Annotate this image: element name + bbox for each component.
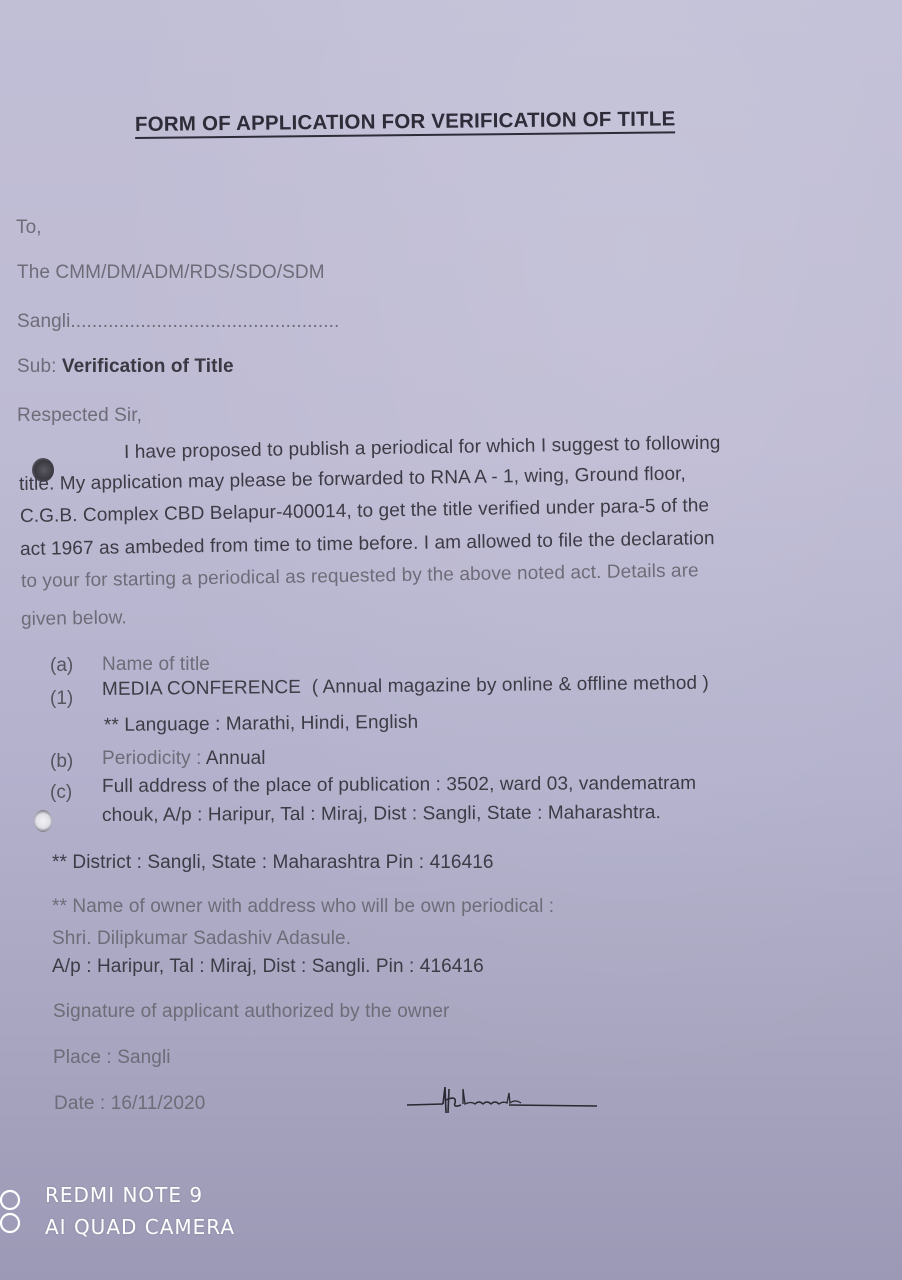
body-line-3: C.G.B. Complex CBD Belapur-400014, to ge… xyxy=(20,495,709,528)
detail-address-line-2: chouk, A/p : Haripur, Tal : Miraj, Dist … xyxy=(102,802,661,827)
district-line: ** District : Sangli, State : Maharashtr… xyxy=(52,852,494,874)
place-line: Place : Sangli xyxy=(53,1047,171,1069)
salutation: Respected Sir, xyxy=(17,405,142,427)
detail-language: ** Language : Marathi, Hindi, English xyxy=(104,712,418,737)
camera-watermark-line2: AI QUAD CAMERA xyxy=(45,1215,235,1239)
detail-name-of-title: Name of title xyxy=(102,654,210,676)
date-line: Date : 16/11/2020 xyxy=(54,1093,205,1115)
signature-label: Signature of applicant authorized by the… xyxy=(53,1001,449,1023)
camera-watermark-line1: REDMI NOTE 9 xyxy=(45,1183,203,1207)
owner-heading: ** Name of owner with address who will b… xyxy=(52,896,554,918)
subject-label: Sub: xyxy=(17,356,57,377)
body-line-4: act 1967 as ambeded from time to time be… xyxy=(20,528,715,561)
camera-logo-icon xyxy=(0,1187,26,1237)
detail-marker-c: (c) xyxy=(50,782,72,804)
detail-periodicity: Periodicity : Annual xyxy=(102,748,266,770)
owner-address: A/p : Haripur, Tal : Miraj, Dist : Sangl… xyxy=(52,956,484,978)
page-title: FORM OF APPLICATION FOR VERIFICATION OF … xyxy=(135,107,676,139)
addressee-office: The CMM/DM/ADM/RDS/SDO/SDM xyxy=(17,262,325,284)
title-name: MEDIA CONFERENCE xyxy=(102,677,301,700)
punch-hole-icon xyxy=(34,810,52,832)
detail-marker-a: (a) xyxy=(50,655,73,677)
addressee-to: To, xyxy=(16,217,42,239)
subject-text: Verification of Title xyxy=(62,356,234,377)
detail-marker-b: (b) xyxy=(50,751,73,773)
periodicity-label: Periodicity : xyxy=(102,748,202,769)
owner-name: Shri. Dilipkumar Sadashiv Adasule. xyxy=(52,928,351,950)
body-line-5: to your for starting a periodical as req… xyxy=(21,560,699,593)
date-label: Date : xyxy=(54,1093,105,1114)
signature-icon xyxy=(405,1083,600,1115)
periodicity-value: Annual xyxy=(206,748,266,769)
body-line-1: I have proposed to publish a periodical … xyxy=(124,433,721,464)
title-description: ( Annual magazine by online & offline me… xyxy=(312,673,709,698)
detail-marker-1: (1) xyxy=(50,688,73,710)
detail-title-value: MEDIA CONFERENCE ( Annual magazine by on… xyxy=(102,673,709,701)
detail-address-line-1: Full address of the place of publication… xyxy=(102,773,696,798)
date-value: 16/11/2020 xyxy=(111,1093,206,1114)
subject-line: Sub: Verification of Title xyxy=(17,356,234,378)
body-line-2: title. My application may please be forw… xyxy=(19,464,686,496)
place-value: Sangli xyxy=(117,1047,170,1068)
place-label: Place : xyxy=(53,1047,112,1068)
addressee-place: Sangli..................................… xyxy=(17,311,339,333)
body-line-6: given below. xyxy=(21,607,127,631)
